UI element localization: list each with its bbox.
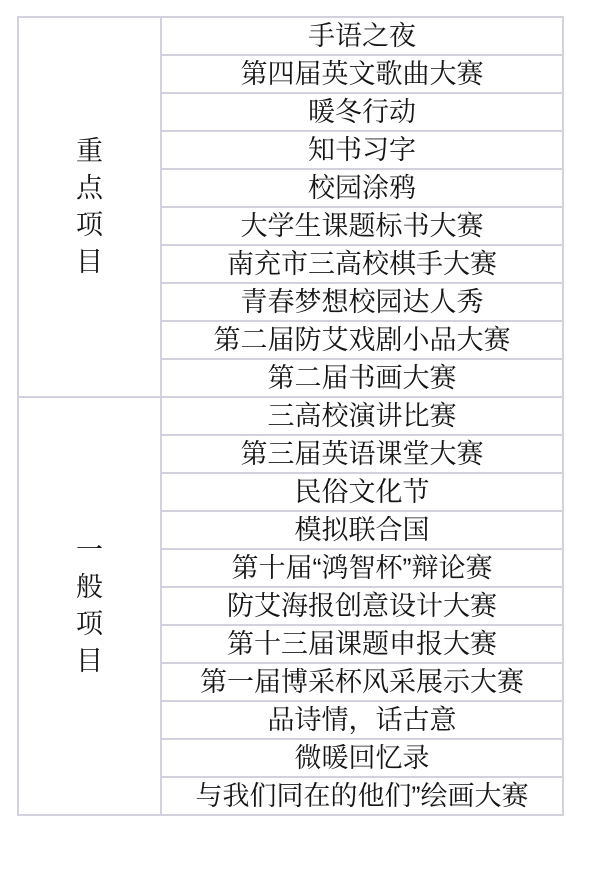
project-cell: 与我们同在的他们”绘画大赛 — [161, 777, 563, 815]
project-cell: 模拟联合国 — [161, 511, 563, 549]
project-cell: 微暖回忆录 — [161, 739, 563, 777]
category-cell-general-projects: 一般项目 — [18, 397, 161, 815]
projects-table: 重点项目 手语之夜 第四届英文歌曲大赛 暖冬行动 知书习字 校园涂鸦 大学生课题… — [17, 16, 564, 816]
table-row: 重点项目 手语之夜 — [18, 17, 563, 55]
project-cell: 品诗情，话古意 — [161, 701, 563, 739]
table-row: 一般项目 三高校演讲比赛 — [18, 397, 563, 435]
project-cell: 知书习字 — [161, 131, 563, 169]
project-cell: 暖冬行动 — [161, 93, 563, 131]
project-cell: 第三届英语课堂大赛 — [161, 435, 563, 473]
project-cell: 青春梦想校园达人秀 — [161, 283, 563, 321]
project-cell: 第一届博采杯风采展示大赛 — [161, 663, 563, 701]
category-cell-key-projects: 重点项目 — [18, 17, 161, 397]
project-cell: 防艾海报创意设计大赛 — [161, 587, 563, 625]
project-cell: 校园涂鸦 — [161, 169, 563, 207]
project-cell: 手语之夜 — [161, 17, 563, 55]
project-cell: 南充市三高校棋手大赛 — [161, 245, 563, 283]
project-cell: 第四届英文歌曲大赛 — [161, 55, 563, 93]
project-cell: 第二届防艾戏剧小品大赛 — [161, 321, 563, 359]
category-label-general-projects: 一般项目 — [75, 532, 105, 680]
project-cell: 第二届书画大赛 — [161, 359, 563, 397]
project-cell: 大学生课题标书大赛 — [161, 207, 563, 245]
project-cell: 第十三届课题申报大赛 — [161, 625, 563, 663]
category-label-key-projects: 重点项目 — [75, 133, 105, 281]
project-cell: 第十届“鸿智杯”辩论赛 — [161, 549, 563, 587]
project-cell: 三高校演讲比赛 — [161, 397, 563, 435]
document-page: 重点项目 手语之夜 第四届英文歌曲大赛 暖冬行动 知书习字 校园涂鸦 大学生课题… — [0, 0, 592, 889]
project-cell: 民俗文化节 — [161, 473, 563, 511]
